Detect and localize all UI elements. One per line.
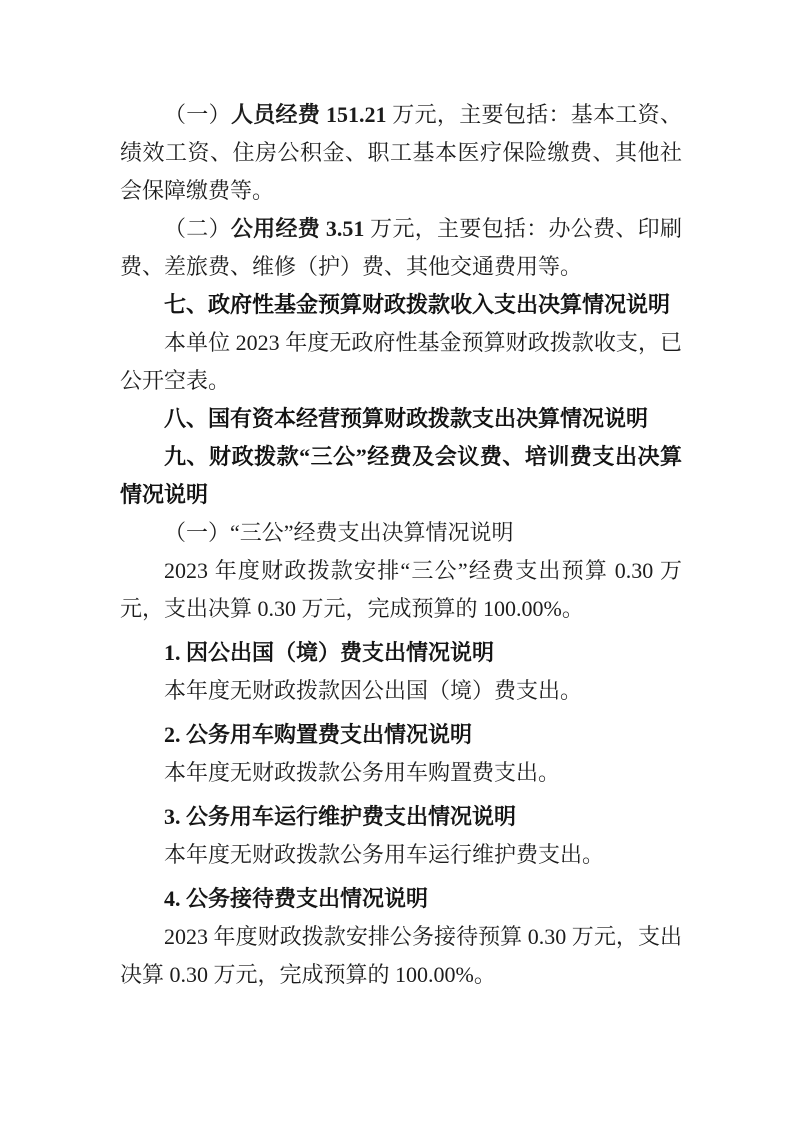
item-3-body: 本年度无财政拨款公务用车运行维护费支出。: [120, 836, 682, 874]
paragraph-three-public-summary: 2023 年度财政拨款安排“三公”经费支出预算 0.30 万元，支出决算 0.3…: [120, 552, 682, 628]
item-1-body: 本年度无财政拨款因公出国（境）费支出。: [120, 672, 682, 710]
heading-section-seven: 七、政府性基金预算财政拨款收入支出决算情况说明: [120, 286, 682, 324]
paragraph-gov-fund: 本单位 2023 年度无政府性基金预算财政拨款收支，已公开空表。: [120, 324, 682, 400]
document-content: （一）人员经费 151.21 万元，主要包括：基本工资、绩效工资、住房公积金、职…: [120, 96, 682, 994]
item-1-title: 1. 因公出国（境）费支出情况说明: [120, 634, 682, 672]
paragraph-three-public-title: （一）“三公”经费支出决算情况说明: [120, 514, 682, 552]
personnel-expense-prefix: （一）: [164, 102, 231, 127]
item-2-title: 2. 公务用车购置费支出情况说明: [120, 716, 682, 754]
paragraph-public-expense: （二）公用经费 3.51 万元，主要包括：办公费、印刷费、差旅费、维修（护）费、…: [120, 210, 682, 286]
document-page: （一）人员经费 151.21 万元，主要包括：基本工资、绩效工资、住房公积金、职…: [0, 0, 793, 1122]
paragraph-personnel-expense: （一）人员经费 151.21 万元，主要包括：基本工资、绩效工资、住房公积金、职…: [120, 96, 682, 210]
item-2-body: 本年度无财政拨款公务用车购置费支出。: [120, 754, 682, 792]
heading-section-nine: 九、财政拨款“三公”经费及会议费、培训费支出决算情况说明: [120, 438, 682, 514]
item-4-body: 2023 年度财政拨款安排公务接待预算 0.30 万元，支出决算 0.30 万元…: [120, 918, 682, 994]
public-expense-prefix: （二）: [164, 216, 231, 241]
item-3-title: 3. 公务用车运行维护费支出情况说明: [120, 798, 682, 836]
item-4-title: 4. 公务接待费支出情况说明: [120, 880, 682, 918]
heading-section-eight: 八、国有资本经营预算财政拨款支出决算情况说明: [120, 400, 682, 438]
personnel-expense-amount: 人员经费 151.21: [231, 102, 387, 127]
public-expense-amount: 公用经费 3.51: [231, 216, 364, 241]
